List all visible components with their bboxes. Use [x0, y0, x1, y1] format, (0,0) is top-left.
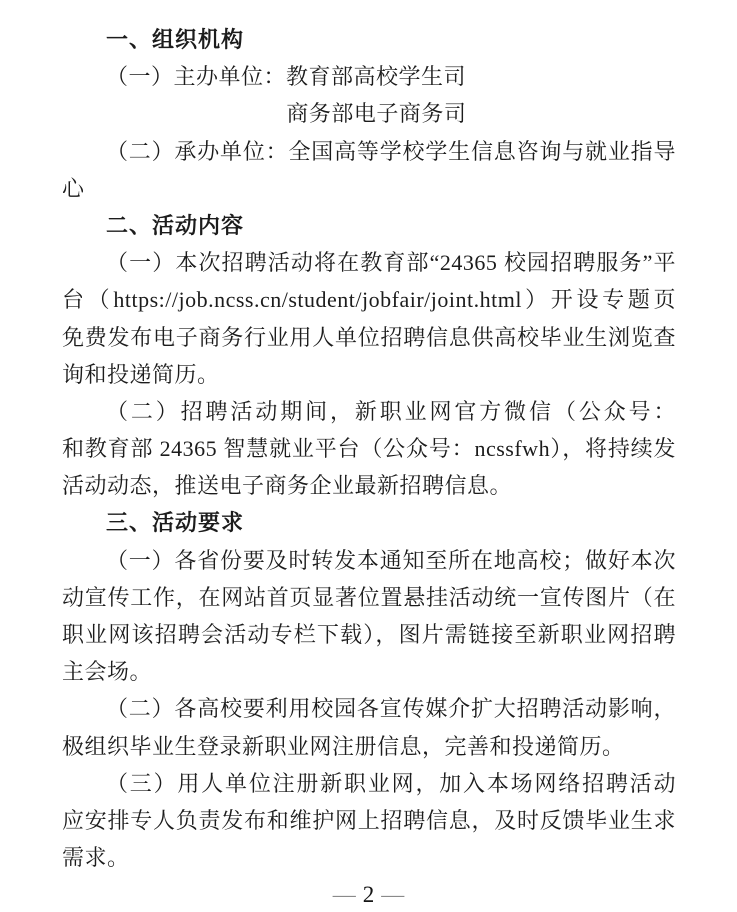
text-line: （二）各高校要利用校园各宣传媒介扩大招聘活动影响，积 — [62, 690, 676, 727]
text-line: （二）招聘活动期间，新职业网官方微信（公众号：ncssweb） — [62, 393, 676, 430]
text-line: （一）主办单位：教育部高校学生司 — [62, 58, 676, 95]
text-line: 和教育部 24365 智慧就业平台（公众号：ncssfwh），将持续发布 — [62, 430, 676, 467]
text-line: 应安排专人负责发布和维护网上招聘信息，及时反馈毕业生求职 — [62, 802, 676, 839]
text-line: 心 — [62, 170, 676, 207]
text-line: （一）各省份要及时转发本通知至所在地高校；做好本次活 — [62, 542, 676, 579]
section-heading: 一、组织机构 — [62, 21, 676, 58]
text-line: 需求。 — [62, 839, 676, 876]
text-line: 免费发布电子商务行业用人单位招聘信息供高校毕业生浏览查 — [62, 319, 676, 356]
text-line: 极组织毕业生登录新职业网注册信息，完善和投递简历。 — [62, 728, 676, 765]
text-line: 询和投递简历。 — [62, 356, 676, 393]
text-line: 主会场。 — [62, 653, 676, 690]
text-line: 商务部电子商务司 — [62, 95, 676, 132]
text-line: （一）本次招聘活动将在教育部“24365 校园招聘服务”平 — [62, 244, 676, 281]
text-line: （三）用人单位注册新职业网，加入本场网络招聘活动后， — [62, 765, 676, 802]
text-line: 动宣传工作，在网站首页显著位置悬挂活动统一宣传图片（在新 — [62, 579, 676, 616]
text-line: 活动动态，推送电子商务企业最新招聘信息。 — [62, 467, 676, 504]
text-line: （二）承办单位：全国高等学校学生信息咨询与就业指导中 — [62, 133, 676, 170]
page-footer: —2— — [0, 882, 737, 908]
footer-left-dash: — — [326, 882, 363, 907]
section-heading: 三、活动要求 — [62, 504, 676, 541]
document-page: 一、组织机构（一）主办单位：教育部高校学生司商务部电子商务司（二）承办单位：全国… — [0, 0, 737, 912]
text-line: 台（https://job.ncss.cn/student/jobfair/jo… — [62, 281, 676, 318]
document-lines: 一、组织机构（一）主办单位：教育部高校学生司商务部电子商务司（二）承办单位：全国… — [62, 21, 676, 876]
footer-right-dash: — — [374, 882, 411, 907]
section-heading: 二、活动内容 — [62, 207, 676, 244]
text-line: 职业网该招聘会活动专栏下载），图片需链接至新职业网招聘会 — [62, 616, 676, 653]
page-number: 2 — [363, 882, 375, 907]
